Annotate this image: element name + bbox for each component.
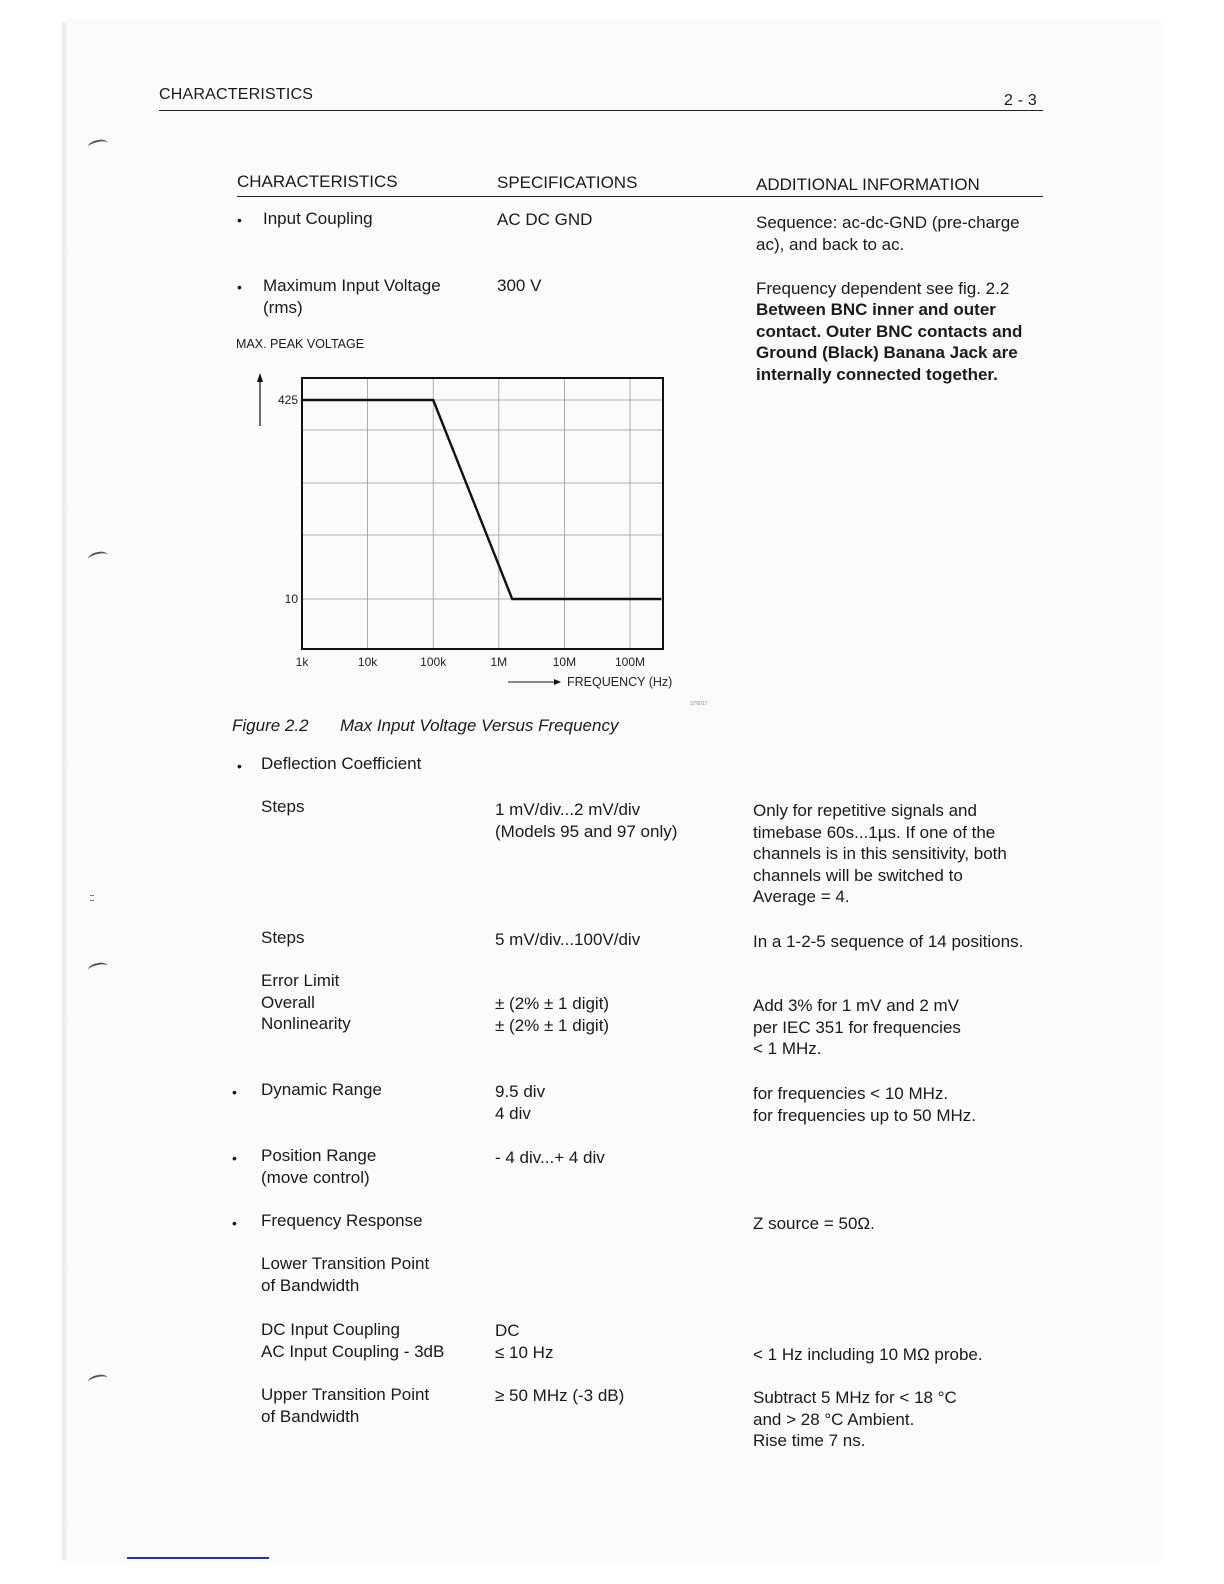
label-dynamic-range: Dynamic Range (261, 1079, 382, 1101)
bullet: • (237, 210, 242, 232)
info-frequency-response: Z source = 50Ω. (753, 1213, 875, 1235)
spec-steps-1: 1 mV/div...2 mV/div (Models 95 and 97 on… (495, 799, 677, 842)
info-coupling-bandwidth: < 1 Hz including 10 MΩ probe. (753, 1344, 983, 1366)
label-steps-2: Steps (261, 927, 304, 949)
figure-caption-title: Max Input Voltage Versus Frequency (340, 716, 618, 736)
svg-text:ST6017: ST6017 (690, 701, 708, 707)
max-voltage-vs-frequency-chart: 425101k10k100k1M10M100MFREQUENCY (Hz)ST6… (230, 360, 730, 710)
svg-text:425: 425 (278, 393, 298, 407)
label-max-input-voltage: Maximum Input Voltage (rms) (263, 275, 441, 318)
svg-text:10: 10 (285, 592, 299, 606)
figure-caption-number: Figure 2.2 (232, 716, 309, 736)
bullet: • (232, 1082, 237, 1104)
svg-text:10k: 10k (358, 655, 378, 669)
bullet: • (237, 277, 242, 299)
spec-coupling-bandwidth: DC ≤ 10 Hz (495, 1320, 553, 1363)
svg-text:100M: 100M (615, 655, 645, 669)
info-steps-1: Only for repetitive signals and timebase… (753, 800, 1007, 908)
spec-input-coupling: AC DC GND (497, 209, 592, 231)
spec-error-limit: ± (2% ± 1 digit) ± (2% ± 1 digit) (495, 993, 609, 1036)
svg-text:1k: 1k (296, 655, 310, 669)
label-position-range: Position Range (move control) (261, 1145, 376, 1188)
chart-y-axis-label: MAX. PEAK VOLTAGE (236, 338, 364, 351)
label-deflection-coefficient: Deflection Coefficient (261, 753, 421, 775)
svg-text:100k: 100k (420, 655, 447, 669)
label-steps-1: Steps (261, 796, 304, 818)
label-input-coupling: Input Coupling (263, 208, 373, 230)
column-header-rule (237, 196, 1043, 197)
label-error-limit: Error Limit Overall Nonlinearity (261, 970, 351, 1035)
column-header-characteristics: CHARACTERISTICS (237, 172, 398, 192)
spec-steps-2: 5 mV/div...100V/div (495, 929, 640, 951)
label-frequency-response: Frequency Response (261, 1210, 423, 1232)
svg-text:1M: 1M (490, 655, 507, 669)
column-header-additional-info: ADDITIONAL INFORMATION (756, 175, 980, 195)
info-upper-transition: Subtract 5 MHz for < 18 °C and > 28 °C A… (753, 1387, 957, 1452)
svg-text:10M: 10M (553, 655, 576, 669)
info-steps-2: In a 1-2-5 sequence of 14 positions. (753, 931, 1023, 953)
info-bnc-warning: Between BNC inner and outer contact. Out… (756, 299, 1022, 385)
header-rule (159, 110, 1043, 111)
bullet: • (237, 756, 242, 778)
page-link-underline[interactable] (127, 1557, 269, 1559)
column-header-specifications: SPECIFICATIONS (497, 173, 637, 193)
label-lower-transition: Lower Transition Point of Bandwidth (261, 1253, 429, 1296)
info-error-limit: Add 3% for 1 mV and 2 mV per IEC 351 for… (753, 995, 961, 1060)
info-input-coupling: Sequence: ac-dc-GND (pre-charge ac), and… (756, 212, 1020, 255)
page-number: 2 - 3 (1004, 92, 1037, 110)
running-header-section: CHARACTERISTICS (159, 86, 313, 104)
bullet: • (232, 1213, 237, 1235)
label-upper-transition: Upper Transition Point of Bandwidth (261, 1384, 429, 1427)
spec-dynamic-range: 9.5 div 4 div (495, 1081, 545, 1124)
spec-position-range: - 4 div...+ 4 div (495, 1147, 605, 1169)
spec-max-input-voltage: 300 V (497, 275, 541, 297)
info-frequency-dependent: Frequency dependent see fig. 2.2 (756, 278, 1009, 300)
info-dynamic-range: for frequencies < 10 MHz. for frequencie… (753, 1083, 976, 1126)
spec-upper-transition: ≥ 50 MHz (-3 dB) (495, 1385, 624, 1407)
page-spine-shadow (62, 22, 68, 1560)
label-coupling-bandwidth: DC Input Coupling AC Input Coupling - 3d… (261, 1319, 444, 1362)
scan-artifact (90, 895, 94, 901)
bullet: • (232, 1148, 237, 1170)
chart-x-axis-label: FREQUENCY (Hz) (567, 675, 672, 689)
